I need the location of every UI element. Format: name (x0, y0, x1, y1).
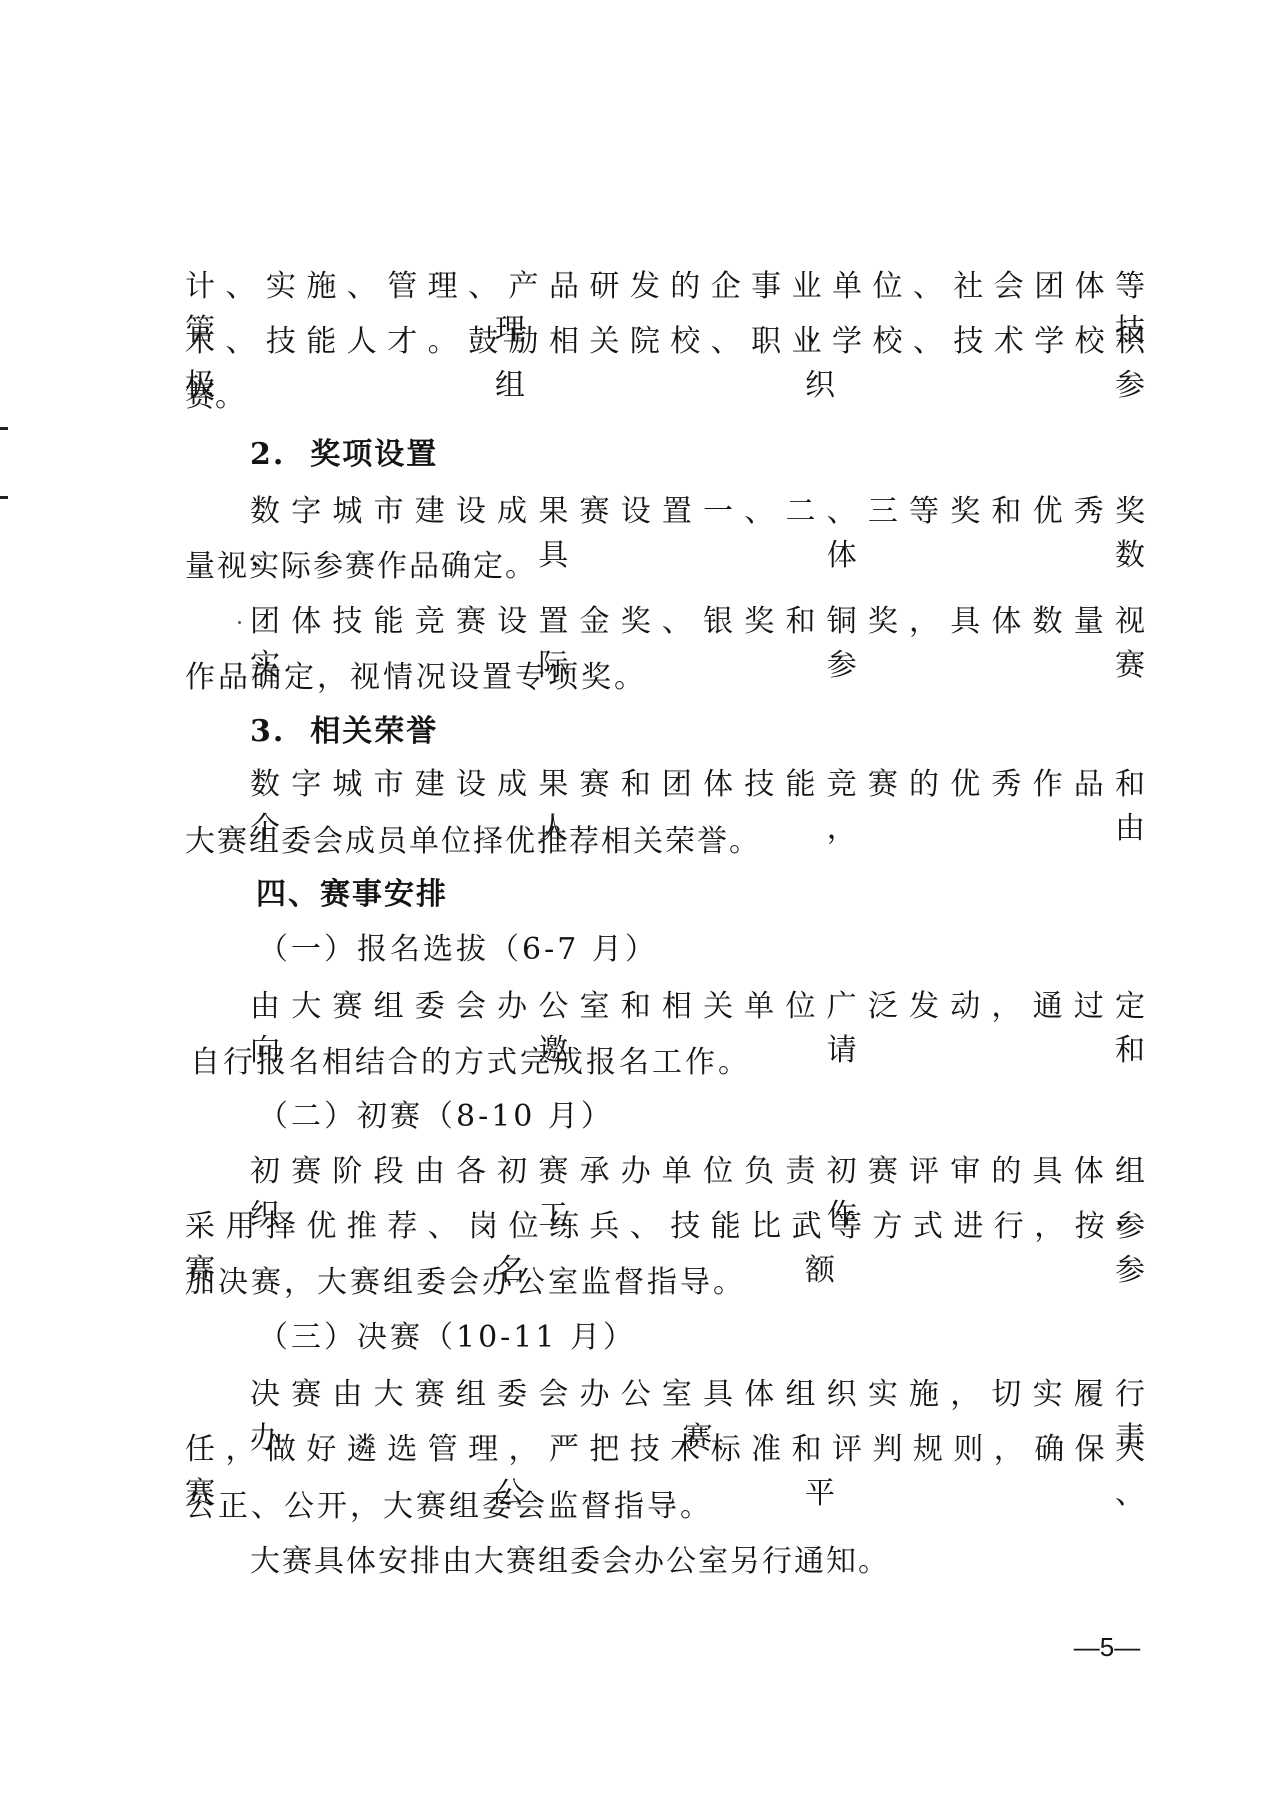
scan-speck (238, 621, 241, 624)
section-heading-awards: 2. 奖项设置 (250, 433, 438, 477)
paragraph-line: 采 用 择 优 推 荐 、 岗 位 练 兵 、 技 能 比 武 等 方 式 进 … (185, 1205, 1145, 1249)
paragraph-line: 加决赛，大赛组委会办公室监督指导。 (185, 1261, 746, 1305)
paragraph-line: 大赛具体安排由大赛组委会办公室另行通知。 (250, 1540, 890, 1584)
paragraph-line: 数 字 城 市 建 设 成 果 赛 和 团 体 技 能 竞 赛 的 优 秀 作 … (250, 763, 1145, 807)
paragraph-line: 量视实际参赛作品确定。 (185, 545, 537, 589)
scan-edge-mark (0, 496, 8, 499)
paragraph-line: 自行报名相结合的方式完成报名工作。 (190, 1041, 751, 1085)
paragraph-line: 赛。 (185, 375, 245, 419)
paragraph-line: 任 ， 做 好 遴 选 管 理 ， 严 把 技 术 标 准 和 评 判 规 则 … (185, 1428, 1145, 1472)
subsection-heading-preliminary: （二）初赛（8-10 月） (258, 1095, 614, 1139)
section-heading-schedule: 四、赛事安排 (256, 873, 448, 917)
scan-edge-mark (0, 427, 8, 430)
page-number: —5— (1062, 1630, 1152, 1664)
paragraph-line: 决 赛 由 大 赛 组 委 会 办 公 室 具 体 组 织 实 施 ， 切 实 … (250, 1373, 1145, 1417)
paragraph-line: 术 、 技 能 人 才 。 鼓 励 相 关 院 校 、 职 业 学 校 、 技 … (185, 320, 1145, 364)
paragraph-line: 团 体 技 能 竞 赛 设 置 金 奖 、 银 奖 和 铜 奖 ， 具 体 数 … (250, 600, 1145, 644)
paragraph-line: 公正、公开，大赛组委会监督指导。 (185, 1485, 713, 1529)
paragraph-line: 计 、 实 施 、 管 理 、 产 品 研 发 的 企 事 业 单 位 、 社 … (185, 265, 1145, 309)
paragraph-line: 初 赛 阶 段 由 各 初 赛 承 办 单 位 负 责 初 赛 评 审 的 具 … (250, 1150, 1145, 1194)
document-page: 计 、 实 施 、 管 理 、 产 品 研 发 的 企 事 业 单 位 、 社 … (0, 0, 1280, 1811)
subsection-heading-registration: （一）报名选拔（6-7 月） (258, 928, 658, 972)
paragraph-line: 作品确定，视情况设置专项奖。 (185, 656, 647, 700)
paragraph-line: 由 大 赛 组 委 会 办 公 室 和 相 关 单 位 广 泛 发 动 ， 通 … (250, 985, 1145, 1029)
paragraph-line: 数 字 城 市 建 设 成 果 赛 设 置 一 、 二 、 三 等 奖 和 优 … (250, 490, 1145, 534)
section-heading-honors: 3. 相关荣誉 (250, 710, 438, 754)
subsection-heading-final: （三）决赛（10-11 月） (258, 1316, 636, 1360)
paragraph-line: 大赛组委会成员单位择优推荐相关荣誉。 (185, 820, 761, 864)
